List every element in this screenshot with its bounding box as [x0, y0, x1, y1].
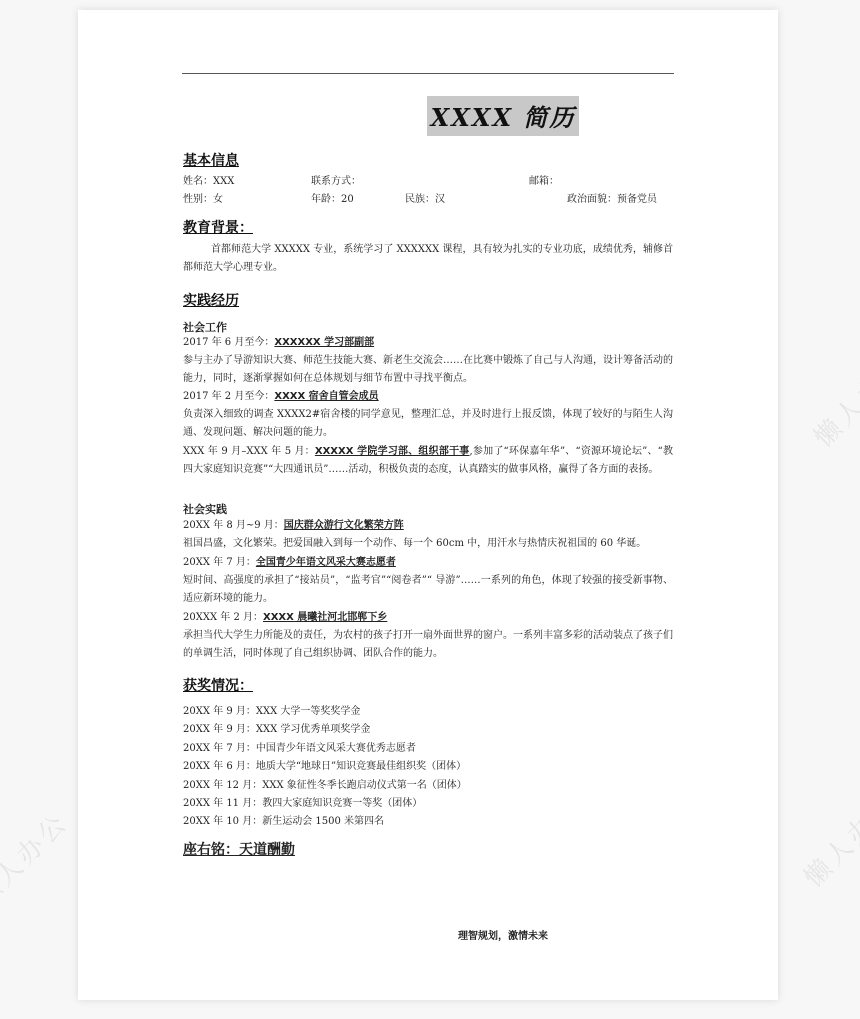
entry-date: 2017 年 6 月至今：	[183, 337, 274, 348]
entry-role: 国庆群众游行文化繁荣方阵	[284, 520, 404, 531]
award-item: 20XX 年 12 月：XXX 象征性冬季长跑启动仪式第一名（团体）	[183, 776, 467, 791]
work-entry-2-head: 2017 年 2 月至今：XXXX 宿舍自管会成员	[183, 388, 379, 406]
header-rule	[182, 73, 674, 74]
practice-entry-3-desc: 承担当代大学生力所能及的责任，为农村的孩子打开一扇外面世界的窗户。一系列丰富多彩…	[183, 627, 673, 663]
entry-role: XXXXX 学院学习部、组织部干事	[315, 446, 470, 457]
basic-info-heading: 基本信息	[183, 150, 239, 170]
practice-entry-2-desc: 短时间、高强度的承担了“接站员”，“监考官”“阅卷者”“ 导游”……一系列的角色…	[183, 572, 673, 608]
footer: 理智规划，激情未来	[78, 927, 778, 942]
education-heading: 教育背景：	[183, 217, 253, 237]
social-work-heading: 社会工作	[183, 319, 227, 335]
entry-date: 20XX 年 7 月：	[183, 557, 256, 568]
work-entry-1-desc: 参与主办了导游知识大赛、师范生技能大赛、新老生交流会……在比赛中锻炼了自己与人沟…	[183, 352, 673, 388]
work-entry-3: XXX 年 9 月–XXX 年 5 月：XXXXX 学院学习部、组织部干事,参加…	[183, 443, 673, 479]
entry-role: XXXX 宿舍自管会成员	[274, 391, 378, 402]
entry-role: XXXX 晨曦社河北邯郸下乡	[263, 612, 387, 623]
motto-label: 座右铭：	[183, 842, 239, 858]
ethnicity-field: 民族：汉	[405, 190, 445, 205]
practice-entry-1-head: 20XX 年 8 月~9 月：国庆群众游行文化繁荣方阵	[183, 517, 404, 535]
practice-heading: 实践经历	[183, 290, 239, 310]
work-entry-2-desc: 负责深入细致的调查 XXXX2#宿舍楼的同学意见，整理汇总，并及时进行上报反馈，…	[183, 406, 673, 442]
contact-field: 联系方式：	[311, 172, 361, 187]
name-field: 姓名：XXX	[183, 172, 234, 187]
work-entry-1-head: 2017 年 6 月至今：XXXXXX 学习部副部	[183, 334, 374, 352]
award-item: 20XX 年 9 月：XXX 学习优秀单项奖学金	[183, 720, 370, 735]
watermark: 懒人办公	[794, 783, 860, 894]
motto: 座右铭：天道酬勤	[183, 839, 295, 859]
award-item: 20XX 年 6 月：地质大学“地球日”知识竞赛最佳组织奖（团体）	[183, 757, 466, 772]
award-item: 20XX 年 10 月：新生运动会 1500 米第四名	[183, 812, 384, 827]
practice-entry-2-head: 20XX 年 7 月：全国青少年语文风采大赛志愿者	[183, 554, 396, 572]
resume-title: XXXX 简历	[427, 96, 580, 136]
gender-field: 性别：女	[183, 190, 223, 205]
political-field: 政治面貌：预备党员	[567, 190, 657, 205]
awards-heading: 获奖情况：	[183, 675, 253, 695]
age-field: 年龄：20	[311, 190, 354, 205]
award-item: 20XX 年 7 月：中国青少年语文风采大赛优秀志愿者	[183, 739, 416, 754]
award-item: 20XX 年 11 月：教四大家庭知识竞赛一等奖（团体）	[183, 794, 422, 809]
entry-date: 20XXX 年 2 月：	[183, 612, 263, 623]
entry-date: XXX 年 9 月–XXX 年 5 月：	[183, 446, 315, 457]
practice-entry-3-head: 20XXX 年 2 月：XXXX 晨曦社河北邯郸下乡	[183, 609, 387, 627]
social-practice-heading: 社会实践	[183, 501, 227, 517]
entry-role: XXXXXX 学习部副部	[274, 337, 374, 348]
title-wrap: XXXX 简历	[78, 96, 778, 136]
watermark: 懒人办公	[804, 343, 860, 454]
email-field: 邮箱：	[529, 172, 559, 187]
motto-text: 天道酬勤	[239, 842, 295, 858]
watermark: 懒人办公	[0, 803, 76, 914]
entry-role: 全国青少年语文风采大赛志愿者	[256, 557, 396, 568]
document-page: XXXX 简历 基本信息 姓名：XXX 联系方式： 邮箱： 性别：女 年龄：20…	[78, 10, 778, 1000]
practice-entry-1-desc: 祖国昌盛，文化繁荣。把爱国融入到每一个动作、每一个 60cm 中，用汗水与热情庆…	[183, 535, 673, 553]
award-item: 20XX 年 9 月：XXX 大学一等奖奖学金	[183, 702, 360, 717]
entry-date: 2017 年 2 月至今：	[183, 391, 274, 402]
education-text: 首都师范大学 XXXXX 专业，系统学习了 XXXXXX 课程，具有较为扎实的专…	[183, 241, 673, 277]
entry-date: 20XX 年 8 月~9 月：	[183, 520, 284, 531]
footer-slogan: 理智规划，激情未来	[458, 931, 548, 942]
